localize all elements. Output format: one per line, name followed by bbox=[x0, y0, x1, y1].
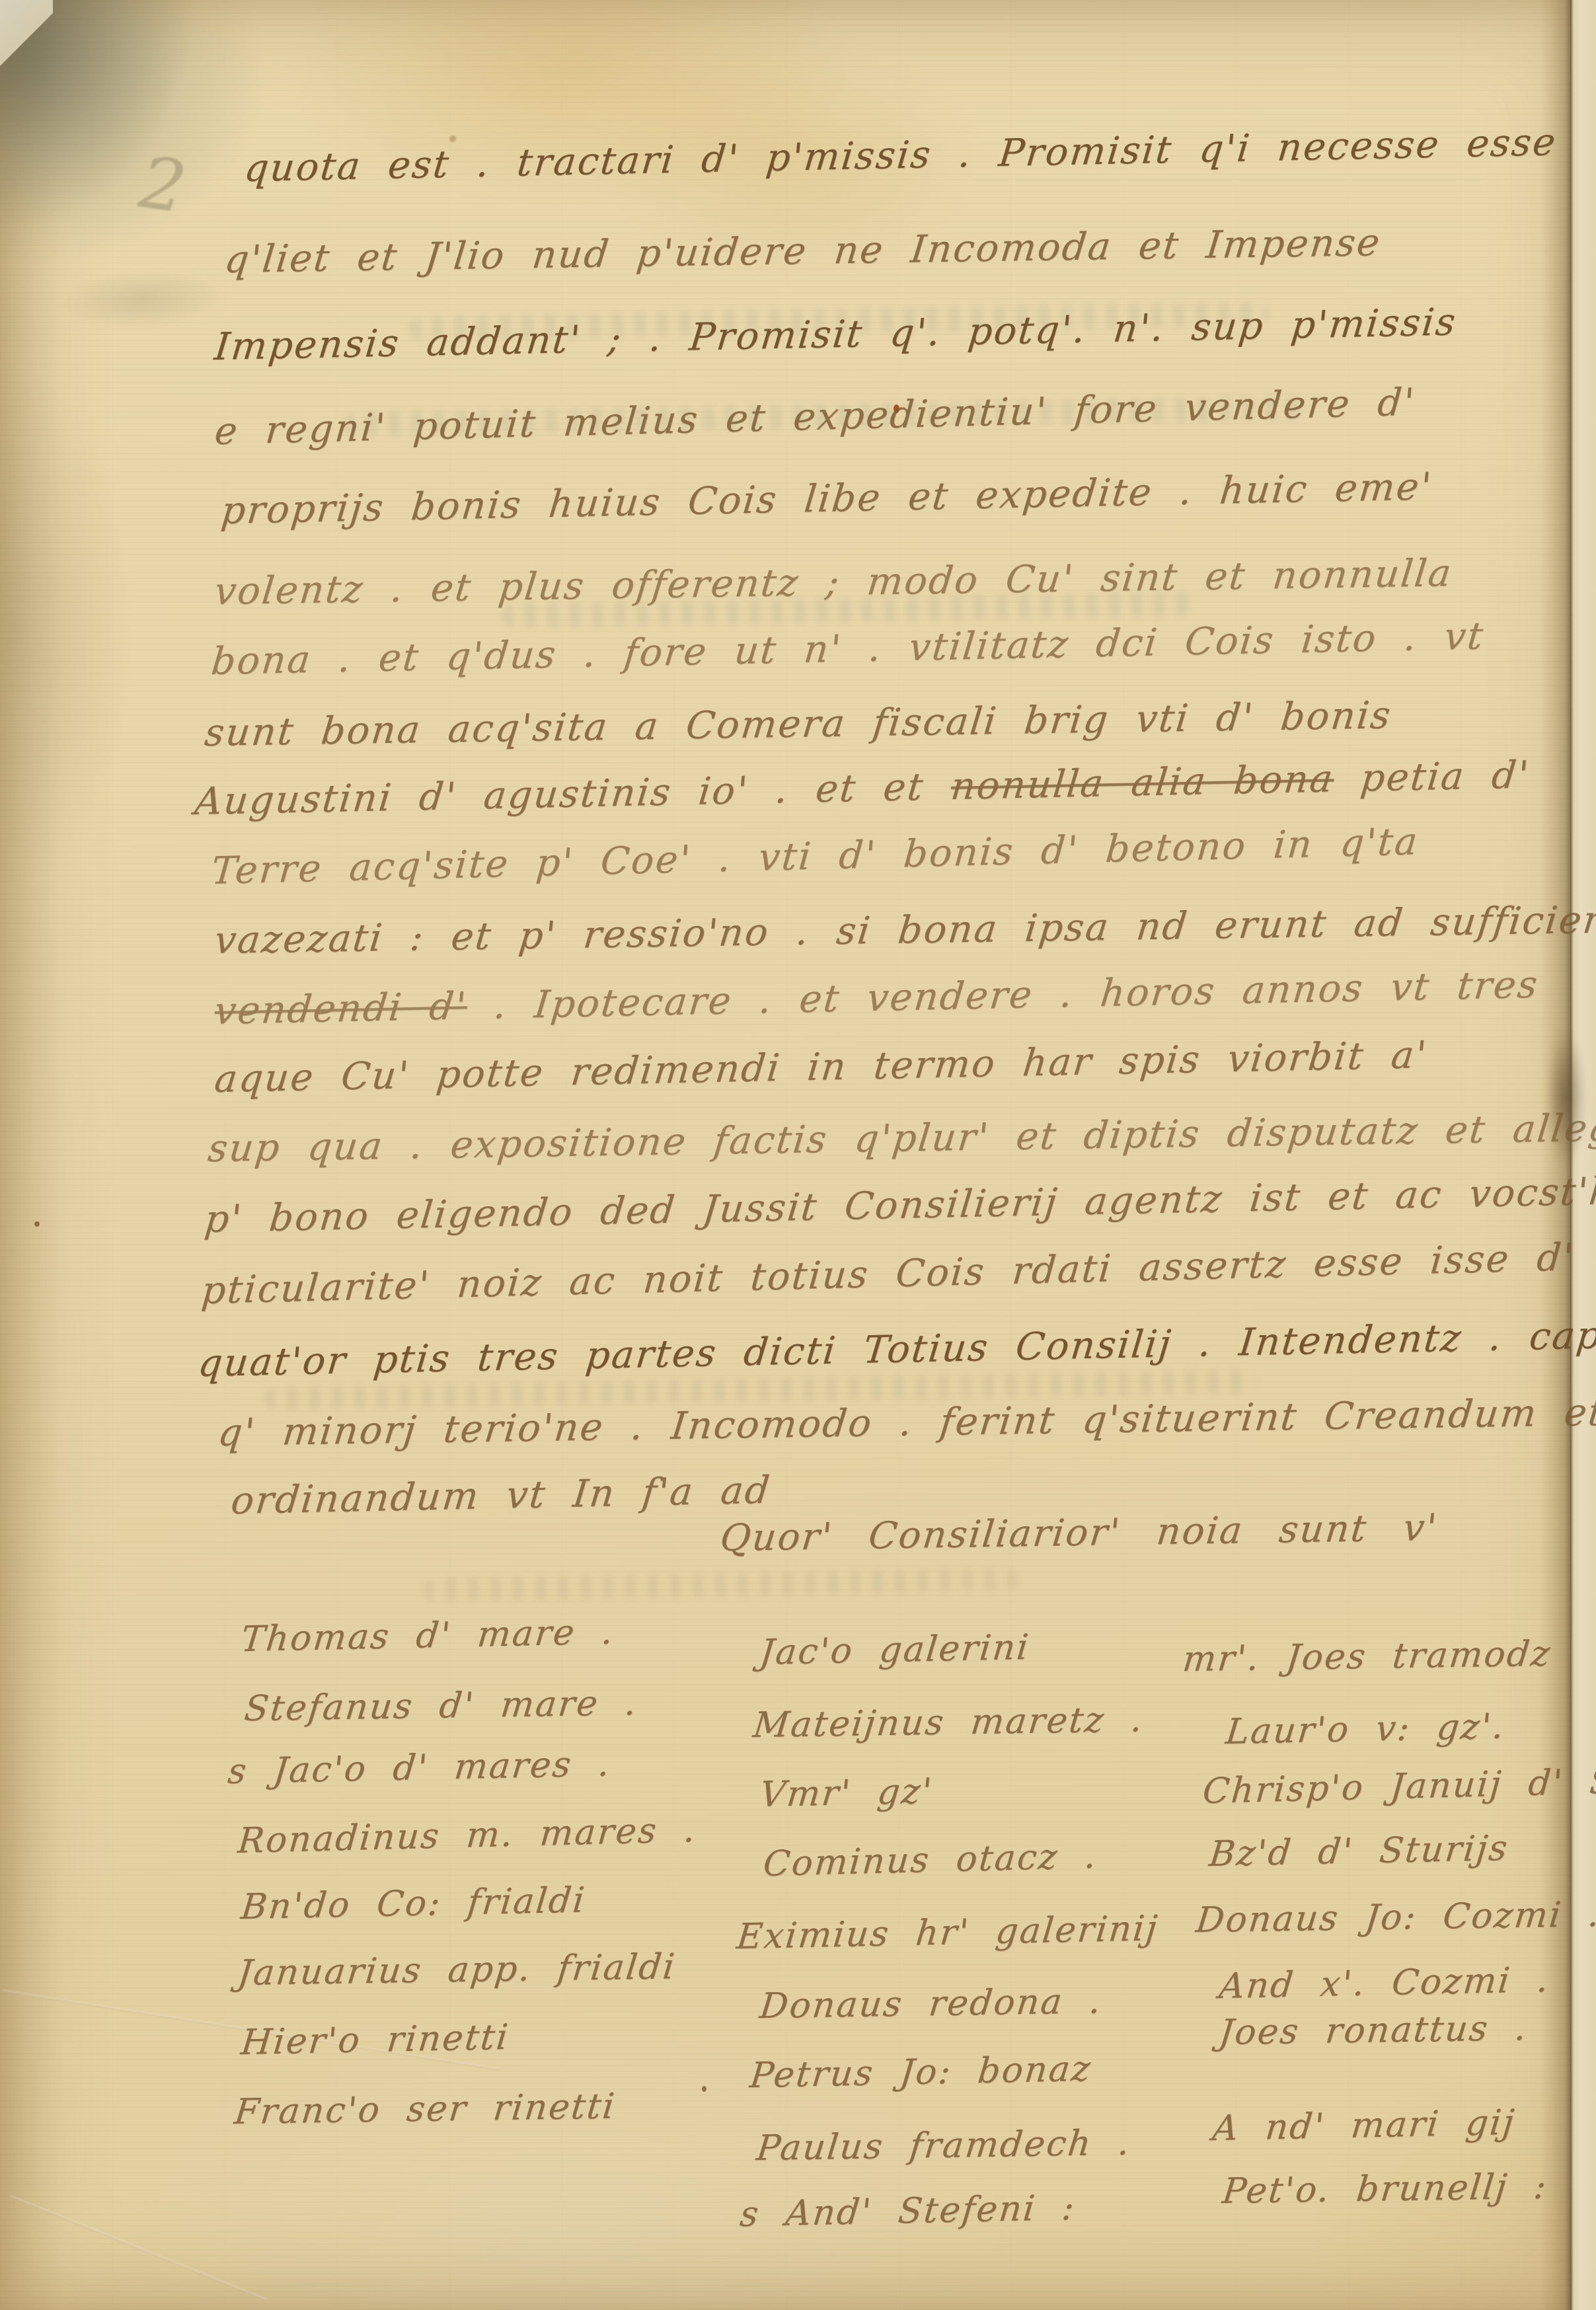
council-member-name: Donaus Jo: Cozmi . bbox=[1194, 1894, 1596, 1941]
council-member-name: Eximius hr' galerinij bbox=[735, 1908, 1160, 1957]
line-text: sup qua . expositione factis q'plur' et … bbox=[206, 1105, 1596, 1171]
line-text: q'liet et J'lio nud p'uidere ne Incomoda… bbox=[222, 221, 1383, 282]
council-member-name: Chrisp'o Januij d' Sturij bbox=[1201, 1759, 1596, 1812]
manuscript-line: sup qua . expositione factis q'plur' et … bbox=[206, 1105, 1596, 1171]
manuscript-line: q'liet et J'lio nud p'uidere ne Incomoda… bbox=[222, 221, 1383, 282]
line-text: p' bono eligendo ded Jussit Consilierij … bbox=[203, 1169, 1596, 1241]
line-text: proprijs bonis huius Cois libe et expedi… bbox=[219, 465, 1435, 533]
manuscript-line: volentz . et plus offerentz ; modo Cu' s… bbox=[212, 551, 1455, 613]
council-member-name: Stefanus d' mare . bbox=[243, 1683, 640, 1729]
line-text: aque Cu' potte redimendi in termo har sp… bbox=[213, 1033, 1430, 1101]
ink-speck bbox=[449, 135, 456, 142]
manuscript-line: Impensis addant' ; . Promisit q'. potq'.… bbox=[213, 300, 1459, 369]
council-member-name: Petrus Jo: bonaz bbox=[748, 2049, 1094, 2097]
paper-crease bbox=[10, 2195, 268, 2301]
council-member-name: Pet'o. brunellj : bbox=[1221, 2167, 1550, 2212]
council-list-heading: Quor' Consiliarior' noia sunt v' bbox=[718, 1506, 1439, 1560]
ink-speck bbox=[34, 1221, 40, 1227]
council-member-name: s And' Stefeni : bbox=[738, 2188, 1078, 2235]
council-member-name: Bz'd d' Sturijs bbox=[1207, 1828, 1511, 1874]
council-member-name: Paulus framdech . bbox=[755, 2123, 1133, 2169]
council-member-name: mr'. Joes tramodz bbox=[1181, 1634, 1554, 1679]
line-text: quat'or ptis tres partes dicti Totius Co… bbox=[196, 1311, 1596, 1385]
manuscript-line: ordinandum vt In f'a ad bbox=[229, 1469, 773, 1523]
line-text: Terre acq'site p' Coe' . vti d' bonis d'… bbox=[209, 820, 1420, 893]
manuscript-line: p' bono eligendo ded Jussit Consilierij … bbox=[203, 1169, 1596, 1241]
council-member-name: Januarius app. frialdi bbox=[236, 1946, 678, 1993]
manuscript-line: sunt bona acq'sita a Comera fiscali brig… bbox=[202, 693, 1394, 755]
council-member-name: Thomas d' mare . bbox=[239, 1612, 617, 1660]
line-text: petia d' bbox=[1332, 753, 1532, 800]
line-text: volentz . et plus offerentz ; modo Cu' s… bbox=[212, 551, 1455, 613]
line-text: Impensis addant' ; . Promisit q'. potq'.… bbox=[213, 300, 1459, 369]
manuscript-line: quat'or ptis tres partes dicti Totius Co… bbox=[196, 1311, 1596, 1385]
line-text: e regni' potuit melius et expedientiu' f… bbox=[213, 381, 1417, 454]
line-text: quota est . tractari d' p'missis . Promi… bbox=[243, 120, 1559, 190]
council-member-name: Jac'o galerini bbox=[758, 1627, 1032, 1673]
line-text: sunt bona acq'sita a Comera fiscali brig… bbox=[202, 693, 1394, 755]
marginal-faded-writing bbox=[54, 264, 230, 335]
line-text: . Ipotecare . et vendere . horos annos v… bbox=[465, 963, 1541, 1028]
top-left-corner-sliver bbox=[0, 0, 53, 66]
manuscript-page: 2 quota est . tractari d' p'missis . Pro… bbox=[0, 0, 1596, 2310]
council-member-name: Bn'do Co: frialdi bbox=[239, 1880, 588, 1927]
line-text: vazezati : et p' ressio'no . si bona ips… bbox=[212, 897, 1596, 962]
manuscript-line: Augustini d' agustinis io' . et et nonul… bbox=[193, 753, 1532, 824]
council-member-name: Hier'o rinetti bbox=[239, 2017, 512, 2063]
manuscript-line: Terre acq'site p' Coe' . vti d' bonis d'… bbox=[209, 820, 1420, 893]
council-member-name: Laur'o v: gz'. bbox=[1224, 1706, 1507, 1752]
council-member-name: Mateijnus maretz . bbox=[751, 1699, 1146, 1746]
manuscript-line: quota est . tractari d' p'missis . Promi… bbox=[243, 120, 1559, 190]
council-member-name: s Jac'o d' mares . bbox=[226, 1744, 613, 1792]
council-member-name: And x'. Cozmi . bbox=[1217, 1960, 1552, 2007]
council-member-name: A nd' mari gij bbox=[1211, 2102, 1517, 2149]
council-member-name: Franc'o ser rinetti bbox=[233, 2086, 618, 2132]
manuscript-line: vazezati : et p' ressio'no . si bona ips… bbox=[212, 897, 1596, 962]
council-member-name: Joes ronattus . bbox=[1217, 2008, 1530, 2053]
line-text: Augustini d' agustinis io' . et et bbox=[193, 765, 954, 824]
line-text: pticularite' noiz ac noit totius Cois rd… bbox=[200, 1235, 1576, 1313]
manuscript-line: q' minorj terio'ne . Incomodo . ferint q… bbox=[215, 1391, 1596, 1455]
manuscript-line: bona . et q'dus . fore ut n' . vtilitatz… bbox=[209, 614, 1487, 683]
line-text: q' minorj terio'ne . Incomodo . ferint q… bbox=[215, 1391, 1596, 1455]
council-member-name: Ronadinus m. mares . bbox=[237, 1810, 699, 1861]
manuscript-line: aque Cu' potte redimendi in termo har sp… bbox=[213, 1033, 1430, 1101]
manuscript-line: proprijs bonis huius Cois libe et expedi… bbox=[219, 465, 1435, 533]
manuscript-line: pticularite' noiz ac noit totius Cois rd… bbox=[200, 1235, 1576, 1313]
struck-text: nonulla alia bona bbox=[949, 757, 1336, 808]
council-member-name: Donaus redona . bbox=[758, 1981, 1104, 2026]
line-text: ordinandum vt In f'a ad bbox=[229, 1469, 773, 1523]
manuscript-line: e regni' potuit melius et expedientiu' f… bbox=[213, 381, 1417, 454]
struck-text: vendendi d' bbox=[213, 984, 470, 1033]
bleedthrough-smudge bbox=[423, 1568, 1018, 1602]
line-text: bona . et q'dus . fore ut n' . vtilitatz… bbox=[209, 614, 1487, 683]
ink-speck bbox=[702, 2086, 706, 2092]
council-member-name: Cominus otacz . bbox=[762, 1836, 1099, 1884]
council-member-name: Vmr' gz' bbox=[758, 1771, 935, 1815]
manuscript-line: vendendi d' . Ipotecare . et vendere . h… bbox=[213, 963, 1541, 1033]
